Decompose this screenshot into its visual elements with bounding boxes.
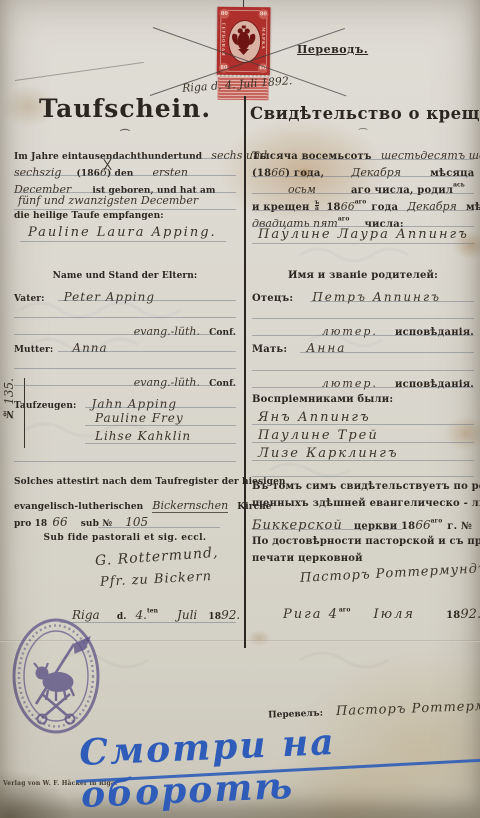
confession-hw: evang.-lüth. <box>134 325 200 338</box>
right-child-name: Паулине Лаура Аппингъ <box>258 227 469 242</box>
ruled-line <box>252 176 474 177</box>
date-year-hw: 92. <box>460 607 480 622</box>
father-value: Peter Apping <box>64 290 155 304</box>
godparent-name: Лизе Карклингъ <box>258 446 398 461</box>
mother-value: Anna <box>72 341 107 355</box>
left-child-name: Pauline Laura Apping. <box>28 225 217 240</box>
printed-text: d. <box>117 612 127 622</box>
confession-hw: evang.-lüth. <box>134 376 200 389</box>
ruled-line <box>14 461 236 462</box>
double-headed-eagle-icon <box>229 21 258 60</box>
printed-text: церкви 18 <box>354 521 416 532</box>
date-superscript: аго <box>339 607 351 614</box>
translator-label: Перевелъ: <box>268 709 323 721</box>
date-month-hw: Juli <box>177 608 197 622</box>
ruled-line <box>85 407 236 408</box>
ruled-line <box>98 527 220 528</box>
witnesses-label: Taufzeugen: <box>14 401 76 411</box>
date-city-day-hw: Рига 4 <box>283 607 339 622</box>
ruled-line <box>252 335 474 336</box>
ruled-line <box>100 158 236 159</box>
right-father-row: Отецъ: Петръ Аппингъ <box>252 286 441 305</box>
stamp-value-top-left: 80 <box>219 9 229 19</box>
left-attest-line-1: Solches attestirt nach dem Taufregister … <box>14 477 286 487</box>
left-title-flourish: ⌒ <box>14 126 236 141</box>
ruled-line <box>14 334 236 335</box>
ruled-line <box>252 424 474 425</box>
ruled-line <box>300 352 474 353</box>
ruled-line <box>252 387 474 388</box>
left-parents-heading: Name und Stand der Eltern: <box>14 271 236 281</box>
right-certify-line-2: печати церковной <box>252 553 363 564</box>
ruled-line <box>85 425 236 426</box>
margin-no-label: № <box>3 408 14 419</box>
date-year-hw: 92. <box>221 608 240 622</box>
stamp-value-top-right: 80 <box>258 9 268 19</box>
ruled-line <box>252 210 474 211</box>
printed-text: pro 18 <box>14 519 47 529</box>
father-label: Vater: <box>14 294 45 304</box>
ruled-line <box>252 193 474 194</box>
date-month-hw: Іюля <box>374 607 415 622</box>
ruled-line <box>252 243 474 244</box>
year-hw: 66 <box>52 515 67 529</box>
ruled-line <box>252 529 402 530</box>
document-page: 80 80 80 80 ГЕРБОВАЯ МАРКА Riga d. 4. Ju… <box>0 0 480 818</box>
confession-printed: Conf. <box>209 328 236 338</box>
right-conf2-row: лютер. исповѣданія. <box>252 372 474 391</box>
ruled-line <box>252 370 474 371</box>
superscript: аго <box>431 518 443 525</box>
right-certify-line-1: По достовѣрности пасторской и съ приложе… <box>252 536 480 547</box>
right-mother-row: Мать: Анна <box>252 337 346 356</box>
church-name-hw: Bickernschen <box>152 499 228 513</box>
left-mother-row: Mutter: Anna <box>14 337 108 356</box>
year-hw: 66 <box>415 518 430 532</box>
right-title-flourish: ⌒ <box>250 126 476 139</box>
confession-printed: исповѣданія. <box>395 379 474 390</box>
ruled-line <box>14 209 236 210</box>
confession-hw: лютер. <box>322 377 378 390</box>
mother-label: Mutter: <box>14 345 53 355</box>
date-day-hw: 4. <box>136 608 147 622</box>
right-attest-line-2: щенныхъ здѣшней евангелическо - лютеранс… <box>252 498 480 509</box>
stamp-label-right: МАРКА <box>261 27 266 50</box>
ruled-line <box>85 443 236 444</box>
ruled-line <box>58 300 236 301</box>
perevod-heading: Переводъ. <box>297 43 368 56</box>
ruled-line <box>252 226 474 227</box>
right-godparents-heading: Воспріемниками были: <box>252 394 393 405</box>
printed-text: г. № <box>447 521 472 532</box>
ruled-line <box>14 368 236 369</box>
left-witnesses-row: Taufzeugen: Jahn Apping <box>14 393 177 412</box>
right-title: Свидѣтельство о крещеніи. <box>250 104 476 123</box>
agnus-dei-lamb-icon <box>34 637 90 724</box>
confession-printed: исповѣданія. <box>395 327 474 338</box>
godparent-name: Паулине Трей <box>258 428 379 443</box>
ruled-line <box>20 241 226 242</box>
left-father-row: Vater: Peter Apping <box>14 286 155 305</box>
ruled-line <box>252 476 474 477</box>
witness-name: Lihse Kahklin <box>95 429 191 443</box>
ruled-line <box>14 385 236 386</box>
mother-label: Мать: <box>252 344 287 355</box>
ruled-line <box>14 317 236 318</box>
ruled-line <box>58 351 236 352</box>
ruled-line <box>252 318 474 319</box>
godparent-name: Янъ Аппингъ <box>258 410 371 425</box>
printed-text: мѣсяца <box>466 202 480 213</box>
left-subfide: Sub fide pastorali et sig. eccl. <box>14 533 236 543</box>
right-parents-heading: Имя и званіе родителей: <box>250 270 476 281</box>
superscript: аго <box>355 199 367 206</box>
column-divider-line <box>244 96 246 648</box>
right-date-row: Рига 4аго Іюля 1892. <box>283 603 480 622</box>
ruled-line <box>60 622 236 623</box>
church-name-hw: Биккерской <box>252 518 343 533</box>
superscript: ась <box>453 182 465 189</box>
church-seal <box>10 616 102 736</box>
left-birth-line-5: die heilige Taufe empfangen: <box>14 211 164 221</box>
confession-printed: Conf. <box>209 379 236 389</box>
printed-text: 18 <box>208 612 221 622</box>
ruled-line <box>14 175 236 176</box>
ruled-line <box>14 192 236 193</box>
right-attest-line-3: Биккерской церкви 1866аго г. № 105 <box>252 514 480 533</box>
superscript: аго <box>338 216 350 223</box>
handwritten-fill: Декабря <box>407 200 457 213</box>
right-attest-line-1: Въ томъ симъ свидѣтельствуетъ по реестру… <box>252 481 480 492</box>
ruled-line <box>252 442 474 443</box>
ruled-line <box>310 301 474 302</box>
left-title: Taufschein. <box>14 94 236 123</box>
crossed-out-scribble <box>101 160 113 170</box>
printed-text: 18 <box>446 610 460 621</box>
father-label: Отецъ: <box>252 293 293 304</box>
witness-name: Pauline Frey <box>95 411 184 425</box>
date-superscript: ten <box>147 608 158 615</box>
ruled-line <box>300 159 474 160</box>
ruled-line <box>252 460 474 461</box>
left-conf2-row: evang.-lüth. Conf. <box>14 371 236 390</box>
witness-name: Jahn Apping <box>92 397 178 411</box>
left-birth-line-4: fünf und zwanzigsten December <box>18 194 198 207</box>
